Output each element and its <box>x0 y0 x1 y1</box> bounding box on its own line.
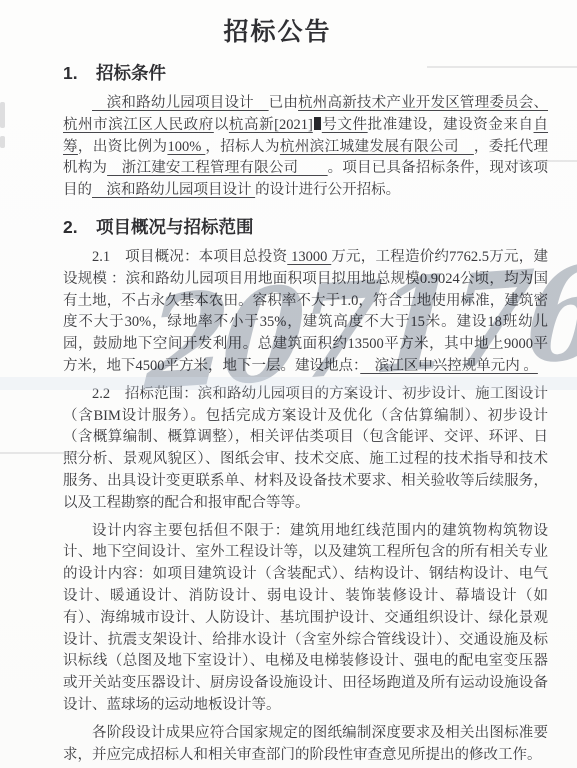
paragraph: 设计内容主要包括但不限于：建筑用地红线范围内的建筑物构筑物设计、地下空间设计、室… <box>63 521 548 717</box>
underlined-text: 滨和路幼儿园项目设计 <box>92 95 269 111</box>
text-run: 2.2 招标范围：滨和路幼儿园项目的方案设计、初步设计、施工图设计（含BIM设计… <box>63 386 548 511</box>
underlined-text: 浙江建安工程管理有限公司 <box>107 160 328 176</box>
underlined-text: 杭高新[2021] <box>229 117 313 133</box>
section-title: 招标条件 <box>96 63 166 83</box>
document-content: 1.招标条件 滨和路幼儿园项目设计 已由杭州高新技术产业开发区管理委员会、杭州市… <box>63 60 548 766</box>
scan-artifact <box>0 136 5 148</box>
underlined-text: 100% <box>167 139 205 155</box>
text-run: 批准建设，建设资金来自 <box>368 117 534 133</box>
paragraph: 滨和路幼儿园项目设计 已由杭州高新技术产业开发区管理委员会、杭州市滨江区人民政府… <box>63 93 548 202</box>
text-run: 已由 <box>269 95 298 111</box>
underlined-text: 滨和路幼儿园项目设计 <box>92 182 255 198</box>
text-run: 以 <box>214 117 229 133</box>
paragraph: 各阶段设计成果应符合国家规定的图纸编制深度要求及相关出图标准要求，并应完成招标人… <box>63 723 548 767</box>
section-heading: 2.项目概况与招标范围 <box>63 214 548 239</box>
underlined-text: 13000 <box>287 249 331 265</box>
text-run: 万元，工程造价约7762.5万元，建设规模 ：滨和路幼儿园项目用地面积项目拟用地… <box>63 249 548 374</box>
text-run: 的设计进行公开招标。 <box>255 182 400 198</box>
paragraph: 2.2 招标范围：滨和路幼儿园项目的方案设计、初步设计、施工图设计（含BIM设计… <box>63 384 548 515</box>
text-run: 2.1 项目概况：本项目总投资 <box>92 249 287 265</box>
text-run: ，招标人为 <box>205 139 280 155</box>
paragraph: 2.1 项目概况：本项目总投资 13000 万元，工程造价约7762.5万元，建… <box>63 247 548 378</box>
underlined-text: 号文件 <box>322 117 368 133</box>
text-run: 设计内容主要包括但不限于：建筑用地红线范围内的建筑物构筑物设计、地下空间设计、室… <box>63 523 548 713</box>
section-number: 1. <box>63 63 96 84</box>
document-page: 207176 招标公告 1.招标条件 滨和路幼儿园项目设计 已由杭州高新技术产业… <box>0 0 577 768</box>
redacted-digit-mark <box>314 117 321 130</box>
document-title: 招标公告 <box>63 12 492 48</box>
underlined-text: 滨江区中兴控规单元内 。 <box>360 358 538 374</box>
text-run: ，出资比例为 <box>78 139 168 155</box>
text-run: 各阶段设计成果应符合国家规定的图纸编制深度要求及相关出图标准要求，并应完成招标人… <box>63 725 548 763</box>
underlined-text: 杭州滨江城建发展有限公司 <box>280 139 474 155</box>
section-title: 项目概况与招标范围 <box>96 217 254 237</box>
section-heading: 1.招标条件 <box>63 60 548 85</box>
scan-artifact <box>0 102 5 128</box>
section-number: 2. <box>63 217 96 238</box>
